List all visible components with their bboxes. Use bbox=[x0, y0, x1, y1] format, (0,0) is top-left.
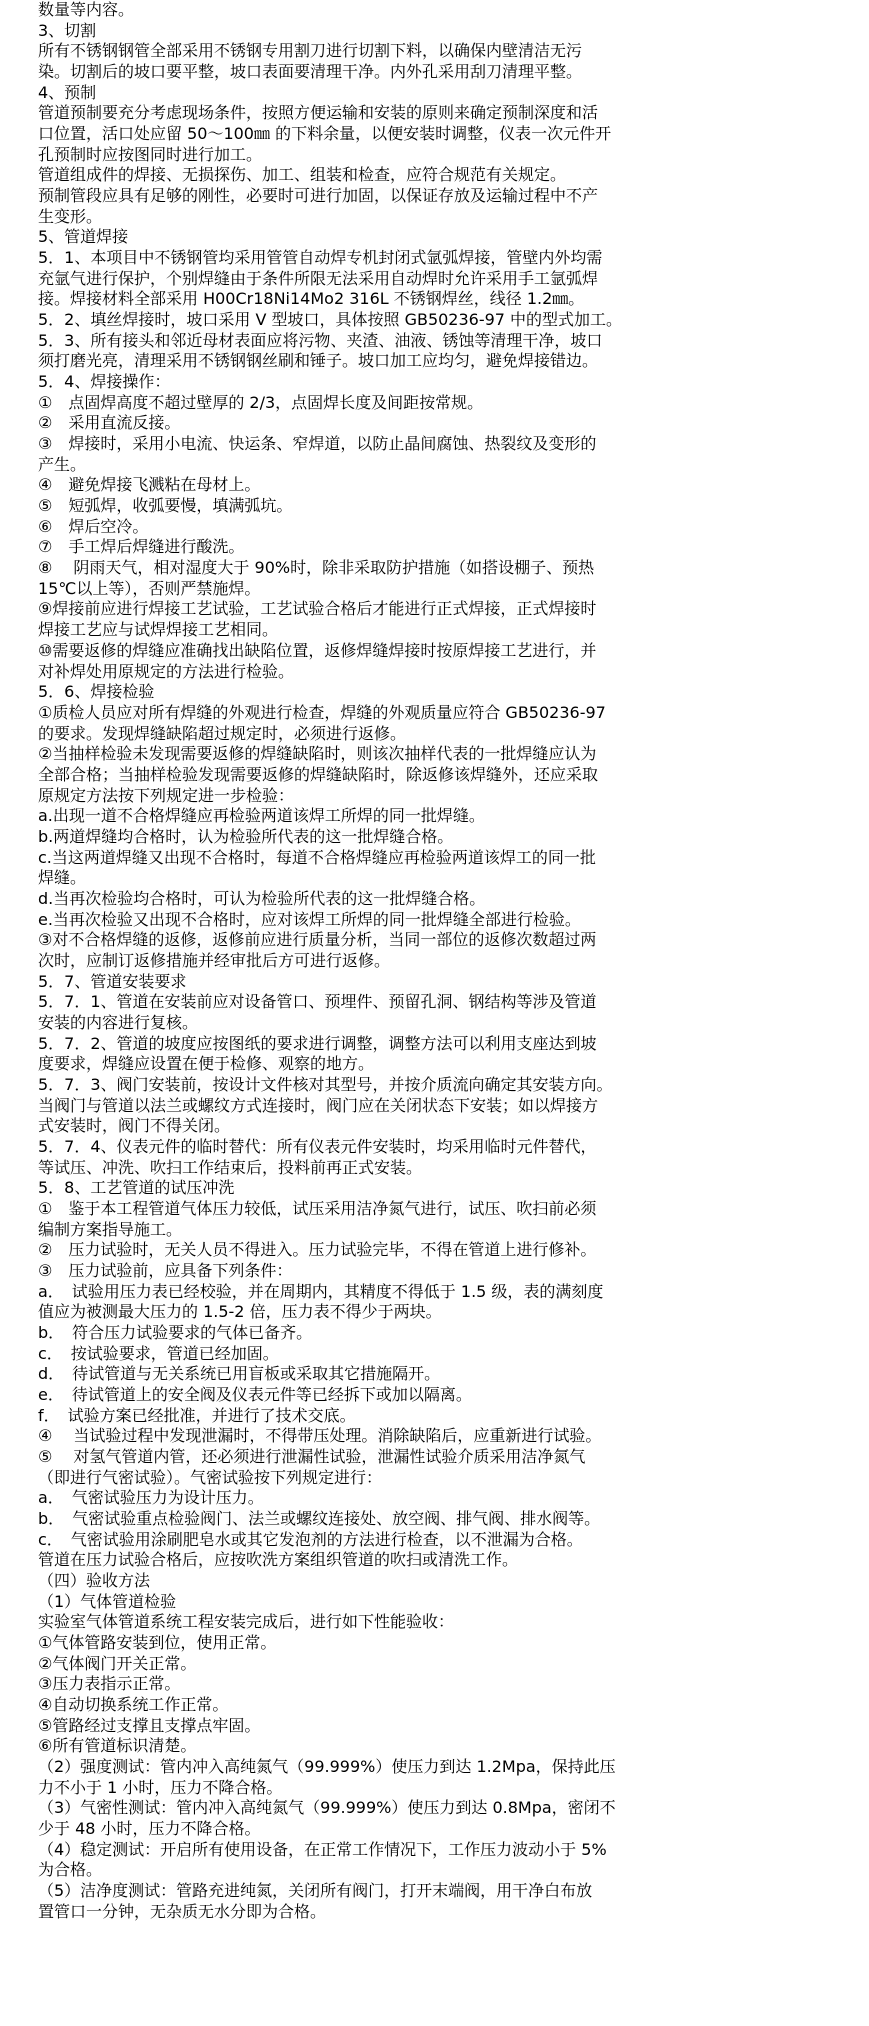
list-item: ② 采用直流反接。 bbox=[38, 413, 638, 434]
text-line: 值应为被测最大压力的 1.5-2 倍，压力表不得少于两块。 bbox=[38, 1302, 638, 1323]
text-line: b． 气密试验重点检验阀门、法兰或螺纹连接处、放空阀、排气阀、排水阀等。 bbox=[38, 1509, 638, 1530]
heading-text: 3、切割 bbox=[38, 21, 638, 42]
text-line: b.两道焊缝均合格时，认为检验所代表的这一批焊缝合格。 bbox=[38, 827, 638, 848]
text-line: 5．2、填丝焊接时，坡口采用 V 型坡口，具体按照 GB50236-97 中的型… bbox=[38, 310, 638, 331]
list-item: ①质检人员应对所有焊缝的外观进行检查，焊缝的外观质量应符合 GB50236-97… bbox=[38, 703, 638, 744]
list-item: ⑧ 阴雨天气，相对湿度大于 90%时，除非采取防护措施（如搭设棚子、预热 15℃… bbox=[38, 558, 638, 599]
clause-5-7-4: 5．7．4、仪表元件的临时替代：所有仪表元件安装时，均采用临时元件替代， 等试压… bbox=[38, 1137, 638, 1178]
sub-list-item: e.当再次检验又出现不合格时，应对该焊工所焊的同一批焊缝全部进行检验。 bbox=[38, 910, 638, 931]
text-line: 式安装时，阀门不得关闭。 bbox=[38, 1116, 638, 1137]
text-line: ③ 压力试验前，应具备下列条件： bbox=[38, 1261, 638, 1282]
heading-text: 4、预制 bbox=[38, 83, 638, 104]
heading-5-6-welding-inspection: 5．6、焊接检验 bbox=[38, 682, 638, 703]
text-line: 为合格。 bbox=[38, 1860, 638, 1881]
list-item: ②当抽样检验未发现需要返修的焊缝缺陷时，则该次抽样代表的一批焊缝应认为 全部合格… bbox=[38, 744, 638, 806]
text-line: （即进行气密试验）。气密试验按下列规定进行： bbox=[38, 1468, 638, 1489]
paragraph: 数量等内容。 bbox=[38, 0, 638, 21]
text-line: 力不小于 1 小时，压力不降合格。 bbox=[38, 1778, 638, 1799]
heading-4-acceptance-method: （四）验收方法 bbox=[38, 1571, 638, 1592]
text-line: ③对不合格焊缝的返修，返修前应进行质量分析，当同一部位的返修次数超过两 bbox=[38, 930, 638, 951]
paragraph: 管道组成件的焊接、无损探伤、加工、组装和检查，应符合规范有关规定。 bbox=[38, 165, 638, 186]
text-line: 管道组成件的焊接、无损探伤、加工、组装和检查，应符合规范有关规定。 bbox=[38, 165, 638, 186]
strength-test: （2）强度测试：管内冲入高纯氮气（99.999%）使压力到达 1.2Mpa，保持… bbox=[38, 1757, 638, 1798]
sub-list-item: a.出现一道不合格焊缝应再检验两道该焊工所焊的同一批焊缝。 bbox=[38, 806, 638, 827]
text-line: 15℃以上等），否则严禁施焊。 bbox=[38, 579, 638, 600]
text-line: 的要求。发现焊缝缺陷超过规定时，必须进行返修。 bbox=[38, 724, 638, 745]
text-line: ② 采用直流反接。 bbox=[38, 413, 638, 434]
sub-list-item: a． 试验用压力表已经校验，并在周期内，其精度不得低于 1.5 级，表的满刻度 … bbox=[38, 1282, 638, 1323]
heading-5-8-pressure-test-flushing: 5．8、工艺管道的试压冲洗 bbox=[38, 1178, 638, 1199]
text-line: 管道预制要充分考虑现场条件，按照方便运输和安装的原则来确定预制深度和活 bbox=[38, 103, 638, 124]
text-line: ⑤管路经过支撑且支撑点牢固。 bbox=[38, 1716, 638, 1737]
heading-3-cutting: 3、切割 bbox=[38, 21, 638, 42]
text-line: 原规定方法按下列规定进一步检验： bbox=[38, 786, 638, 807]
sub-list-item: f． 试验方案已经批准，并进行了技术交底。 bbox=[38, 1406, 638, 1427]
sub-list-item: c.当这两道焊缝又出现不合格时，每道不合格焊缝应再检验两道该焊工的同一批 焊缝。 bbox=[38, 848, 638, 889]
sub-list-item: b.两道焊缝均合格时，认为检验所代表的这一批焊缝合格。 bbox=[38, 827, 638, 848]
sub-list-item: e． 待试管道上的安全阀及仪表元件等已经拆下或加以隔离。 bbox=[38, 1385, 638, 1406]
sub-list-item: d.当再次检验均合格时，可认为检验所代表的这一批焊缝合格。 bbox=[38, 889, 638, 910]
text-line: 染。切割后的坡口要平整，坡口表面要清理干净。内外孔采用刮刀清理平整。 bbox=[38, 62, 638, 83]
list-item: ① 鉴于本工程管道气体压力较低，试压采用洁净氮气进行，试压、吹扫前必须 编制方案… bbox=[38, 1199, 638, 1240]
list-item: ③压力表指示正常。 bbox=[38, 1674, 638, 1695]
sub-list-item: b． 符合压力试验要求的气体已备齐。 bbox=[38, 1323, 638, 1344]
text-line: ⑨焊接前应进行焊接工艺试验，工艺试验合格后才能进行正式焊接，正式焊接时 bbox=[38, 599, 638, 620]
clause-5-7-3: 5．7．3、阀门安装前，按设计文件核对其型号，并按介质流向确定其安装方向。 当阀… bbox=[38, 1075, 638, 1137]
text-line: a． 气密试验压力为设计压力。 bbox=[38, 1488, 638, 1509]
list-item: ③对不合格焊缝的返修，返修前应进行质量分析，当同一部位的返修次数超过两 次时，应… bbox=[38, 930, 638, 971]
text-line: 5．7．2、管道的坡度应按图纸的要求进行调整，调整方法可以利用支座达到坡 bbox=[38, 1034, 638, 1055]
sub-list-item: c． 按试验要求，管道已经加固。 bbox=[38, 1344, 638, 1365]
text-line: b． 符合压力试验要求的气体已备齐。 bbox=[38, 1323, 638, 1344]
text-line: d.当再次检验均合格时，可认为检验所代表的这一批焊缝合格。 bbox=[38, 889, 638, 910]
text-line: （4）稳定测试：开启所有使用设备，在正常工作情况下，工作压力波动小于 5% bbox=[38, 1840, 638, 1861]
clause-5-2: 5．2、填丝焊接时，坡口采用 V 型坡口，具体按照 GB50236-97 中的型… bbox=[38, 310, 638, 331]
text-line: 全部合格；当抽样检验发现需要返修的焊缝缺陷时，除返修该焊缝外，还应采取 bbox=[38, 765, 638, 786]
paragraph: 预制管段应具有足够的刚性，必要时可进行加固，以保证存放及运输过程中不产 生变形。 bbox=[38, 186, 638, 227]
paragraph: 实验室气体管道系统工程安装完成后，进行如下性能验收： bbox=[38, 1612, 638, 1633]
text-line: 对补焊处用原规定的方法进行检验。 bbox=[38, 662, 638, 683]
list-item: ①气体管路安装到位，使用正常。 bbox=[38, 1633, 638, 1654]
sub-list-item: d． 待试管道与无关系统已用盲板或采取其它措施隔开。 bbox=[38, 1364, 638, 1385]
text-line: 5．7．1、管道在安装前应对设备管口、预埋件、预留孔洞、钢结构等涉及管道 bbox=[38, 992, 638, 1013]
text-line: 次时，应制订返修措施并经审批后方可进行返修。 bbox=[38, 951, 638, 972]
text-line: ⑤ 短弧焊，收弧要慢，填满弧坑。 bbox=[38, 496, 638, 517]
text-line: 生变形。 bbox=[38, 207, 638, 228]
text-line: （5）洁净度测试：管路充进纯氮，关闭所有阀门，打开末端阀，用干净白布放 bbox=[38, 1881, 638, 1902]
sub-list-item: a． 气密试验压力为设计压力。 bbox=[38, 1488, 638, 1509]
text-line: 预制管段应具有足够的刚性，必要时可进行加固，以保证存放及运输过程中不产 bbox=[38, 186, 638, 207]
list-item: ⑨焊接前应进行焊接工艺试验，工艺试验合格后才能进行正式焊接，正式焊接时 焊接工艺… bbox=[38, 599, 638, 640]
airtightness-test: （3）气密性测试：管内冲入高纯氮气（99.999%）使压力到达 0.8Mpa，密… bbox=[38, 1798, 638, 1839]
stability-test: （4）稳定测试：开启所有使用设备，在正常工作情况下，工作压力波动小于 5% 为合… bbox=[38, 1840, 638, 1881]
heading-text: （四）验收方法 bbox=[38, 1571, 638, 1592]
text-line: 5．3、所有接头和邻近母材表面应将污物、夹渣、油液、锈蚀等清理干净，坡口 bbox=[38, 331, 638, 352]
list-item: ③ 焊接时，采用小电流、快运条、窄焊道，以防止晶间腐蚀、热裂纹及变形的 产生。 bbox=[38, 434, 638, 475]
list-item: ⑦ 手工焊后焊缝进行酸洗。 bbox=[38, 537, 638, 558]
text-line: a.出现一道不合格焊缝应再检验两道该焊工所焊的同一批焊缝。 bbox=[38, 806, 638, 827]
heading-text: 5．6、焊接检验 bbox=[38, 682, 638, 703]
text-line: ⑥ 焊后空冷。 bbox=[38, 517, 638, 538]
list-item: ②气体阀门开关正常。 bbox=[38, 1654, 638, 1675]
text-line: ③压力表指示正常。 bbox=[38, 1674, 638, 1695]
heading-text: 5．8、工艺管道的试压冲洗 bbox=[38, 1178, 638, 1199]
clause-5-3: 5．3、所有接头和邻近母材表面应将污物、夹渣、油液、锈蚀等清理干净，坡口 须打磨… bbox=[38, 331, 638, 372]
paragraph: 管道预制要充分考虑现场条件，按照方便运输和安装的原则来确定预制深度和活 口位置，… bbox=[38, 103, 638, 165]
text-line: 产生。 bbox=[38, 455, 638, 476]
text-line: ②气体阀门开关正常。 bbox=[38, 1654, 638, 1675]
heading-text: 5．4、焊接操作： bbox=[38, 372, 638, 393]
text-line: d． 待试管道与无关系统已用盲板或采取其它措施隔开。 bbox=[38, 1364, 638, 1385]
heading-5-pipe-welding: 5、管道焊接 bbox=[38, 227, 638, 248]
text-line: 置管口一分钟，无杂质无水分即为合格。 bbox=[38, 1902, 638, 1923]
text-line: ③ 焊接时，采用小电流、快运条、窄焊道，以防止晶间腐蚀、热裂纹及变形的 bbox=[38, 434, 638, 455]
text-line: 等试压、冲洗、吹扫工作结束后，投料前再正式安装。 bbox=[38, 1158, 638, 1179]
text-line: c.当这两道焊缝又出现不合格时，每道不合格焊缝应再检验两道该焊工的同一批 bbox=[38, 848, 638, 869]
list-item: ④自动切换系统工作正常。 bbox=[38, 1695, 638, 1716]
text-line: 孔预制时应按图同时进行加工。 bbox=[38, 145, 638, 166]
heading-5-7-pipe-installation: 5．7、管道安装要求 bbox=[38, 972, 638, 993]
text-line: c． 按试验要求，管道已经加固。 bbox=[38, 1344, 638, 1365]
text-line: c． 气密试验用涂刷肥皂水或其它发泡剂的方法进行检查，以不泄漏为合格。 bbox=[38, 1530, 638, 1551]
text-line: ② 压力试验时，无关人员不得进入。压力试验完毕，不得在管道上进行修补。 bbox=[38, 1240, 638, 1261]
document-body: 数量等内容。 3、切割 所有不锈钢钢管全部采用不锈钢专用割刀进行切割下料，以确保… bbox=[38, 0, 638, 1922]
text-line: e.当再次检验又出现不合格时，应对该焊工所焊的同一批焊缝全部进行检验。 bbox=[38, 910, 638, 931]
text-line: 焊接工艺应与试焊焊接工艺相同。 bbox=[38, 620, 638, 641]
list-item: ⑤ 短弧焊，收弧要慢，填满弧坑。 bbox=[38, 496, 638, 517]
text-line: 焊缝。 bbox=[38, 868, 638, 889]
text-line: 安装的内容进行复核。 bbox=[38, 1013, 638, 1034]
text-line: a． 试验用压力表已经校验，并在周期内，其精度不得低于 1.5 级，表的满刻度 bbox=[38, 1282, 638, 1303]
heading-text: 5、管道焊接 bbox=[38, 227, 638, 248]
list-item: ④ 当试验过程中发现泄漏时，不得带压处理。消除缺陷后，应重新进行试验。 bbox=[38, 1426, 638, 1447]
text-line: 5．1、本项目中不锈钢管均采用管管自动焊专机封闭式氩弧焊接，管壁内外均需 bbox=[38, 248, 638, 269]
text-line: 5．7．3、阀门安装前，按设计文件核对其型号，并按介质流向确定其安装方向。 bbox=[38, 1075, 638, 1096]
heading-5-4-welding-operation: 5．4、焊接操作： bbox=[38, 372, 638, 393]
paragraph: 管道在压力试验合格后，应按吹洗方案组织管道的吹扫或清洗工作。 bbox=[38, 1550, 638, 1571]
text-line: f． 试验方案已经批准，并进行了技术交底。 bbox=[38, 1406, 638, 1427]
list-item: ⑥所有管道标识清楚。 bbox=[38, 1736, 638, 1757]
list-item: ④ 避免焊接飞溅粘在母材上。 bbox=[38, 475, 638, 496]
text-line: ⑥所有管道标识清楚。 bbox=[38, 1736, 638, 1757]
text-line: ①气体管路安装到位，使用正常。 bbox=[38, 1633, 638, 1654]
text-line: ① 鉴于本工程管道气体压力较低，试压采用洁净氮气进行，试压、吹扫前必须 bbox=[38, 1199, 638, 1220]
text-line: 实验室气体管道系统工程安装完成后，进行如下性能验收： bbox=[38, 1612, 638, 1633]
text-line: 接。焊接材料全部采用 H00Cr18Ni14Mo2 316L 不锈钢焊丝，线径 … bbox=[38, 289, 638, 310]
clause-5-1: 5．1、本项目中不锈钢管均采用管管自动焊专机封闭式氩弧焊接，管壁内外均需 充氩气… bbox=[38, 248, 638, 310]
text-line: e． 待试管道上的安全阀及仪表元件等已经拆下或加以隔离。 bbox=[38, 1385, 638, 1406]
text-line: 管道在压力试验合格后，应按吹洗方案组织管道的吹扫或清洗工作。 bbox=[38, 1550, 638, 1571]
text-line: ⑩需要返修的焊缝应准确找出缺陷位置，返修焊缝焊接时按原焊接工艺进行，并 bbox=[38, 641, 638, 662]
text-line: 充氩气进行保护，个别焊缝由于条件所限无法采用自动焊时允许采用手工氩弧焊 bbox=[38, 269, 638, 290]
text-line: 编制方案指导施工。 bbox=[38, 1220, 638, 1241]
text-line: ⑤ 对氢气管道内管，还必须进行泄漏性试验，泄漏性试验介质采用洁净氮气 bbox=[38, 1447, 638, 1468]
list-item: ⑤ 对氢气管道内管，还必须进行泄漏性试验，泄漏性试验介质采用洁净氮气 （即进行气… bbox=[38, 1447, 638, 1488]
paragraph: 所有不锈钢钢管全部采用不锈钢专用割刀进行切割下料，以确保内壁清洁无污 染。切割后… bbox=[38, 41, 638, 82]
clause-5-7-2: 5．7．2、管道的坡度应按图纸的要求进行调整，调整方法可以利用支座达到坡 度要求… bbox=[38, 1034, 638, 1075]
list-item: ① 点固焊高度不超过壁厚的 2/3，点固焊长度及间距按常规。 bbox=[38, 393, 638, 414]
text-line: 须打磨光亮，清理采用不锈钢钢丝刷和锤子。坡口加工应均匀，避免焊接错边。 bbox=[38, 351, 638, 372]
sub-list-item: b． 气密试验重点检验阀门、法兰或螺纹连接处、放空阀、排气阀、排水阀等。 bbox=[38, 1509, 638, 1530]
list-item: ⑤管路经过支撑且支撑点牢固。 bbox=[38, 1716, 638, 1737]
text-line: ②当抽样检验未发现需要返修的焊缝缺陷时，则该次抽样代表的一批焊缝应认为 bbox=[38, 744, 638, 765]
text-line: ④ 当试验过程中发现泄漏时，不得带压处理。消除缺陷后，应重新进行试验。 bbox=[38, 1426, 638, 1447]
text-line: 口位置，活口处应留 50～100㎜ 的下料余量，以便安装时调整，仪表一次元件开 bbox=[38, 124, 638, 145]
heading-text: 5．7、管道安装要求 bbox=[38, 972, 638, 993]
sub-list-item: c． 气密试验用涂刷肥皂水或其它发泡剂的方法进行检查，以不泄漏为合格。 bbox=[38, 1530, 638, 1551]
text-line: （2）强度测试：管内冲入高纯氮气（99.999%）使压力到达 1.2Mpa，保持… bbox=[38, 1757, 638, 1778]
text-line: 当阀门与管道以法兰或螺纹方式连接时，阀门应在关闭状态下安装；如以焊接方 bbox=[38, 1096, 638, 1117]
heading-text: （1）气体管道检验 bbox=[38, 1592, 638, 1613]
text-line: 度要求，焊缝应设置在便于检修、观察的地方。 bbox=[38, 1054, 638, 1075]
text-line: 数量等内容。 bbox=[38, 0, 638, 21]
cleanliness-test: （5）洁净度测试：管路充进纯氮，关闭所有阀门，打开末端阀，用干净白布放 置管口一… bbox=[38, 1881, 638, 1922]
list-item: ③ 压力试验前，应具备下列条件： bbox=[38, 1261, 638, 1282]
text-line: 少于 48 小时，压力不降合格。 bbox=[38, 1819, 638, 1840]
text-line: ①质检人员应对所有焊缝的外观进行检查，焊缝的外观质量应符合 GB50236-97 bbox=[38, 703, 638, 724]
list-item: ② 压力试验时，无关人员不得进入。压力试验完毕，不得在管道上进行修补。 bbox=[38, 1240, 638, 1261]
list-item: ⑩需要返修的焊缝应准确找出缺陷位置，返修焊缝焊接时按原焊接工艺进行，并 对补焊处… bbox=[38, 641, 638, 682]
heading-1-gas-pipe-inspection: （1）气体管道检验 bbox=[38, 1592, 638, 1613]
clause-5-7-1: 5．7．1、管道在安装前应对设备管口、预埋件、预留孔洞、钢结构等涉及管道 安装的… bbox=[38, 992, 638, 1033]
text-line: ⑦ 手工焊后焊缝进行酸洗。 bbox=[38, 537, 638, 558]
list-item: ⑥ 焊后空冷。 bbox=[38, 517, 638, 538]
text-line: ④自动切换系统工作正常。 bbox=[38, 1695, 638, 1716]
text-line: ④ 避免焊接飞溅粘在母材上。 bbox=[38, 475, 638, 496]
text-line: 5．7．4、仪表元件的临时替代：所有仪表元件安装时，均采用临时元件替代， bbox=[38, 1137, 638, 1158]
heading-4-prefabrication: 4、预制 bbox=[38, 83, 638, 104]
text-line: ⑧ 阴雨天气，相对湿度大于 90%时，除非采取防护措施（如搭设棚子、预热 bbox=[38, 558, 638, 579]
text-line: （3）气密性测试：管内冲入高纯氮气（99.999%）使压力到达 0.8Mpa，密… bbox=[38, 1798, 638, 1819]
text-line: 所有不锈钢钢管全部采用不锈钢专用割刀进行切割下料，以确保内壁清洁无污 bbox=[38, 41, 638, 62]
text-line: ① 点固焊高度不超过壁厚的 2/3，点固焊长度及间距按常规。 bbox=[38, 393, 638, 414]
